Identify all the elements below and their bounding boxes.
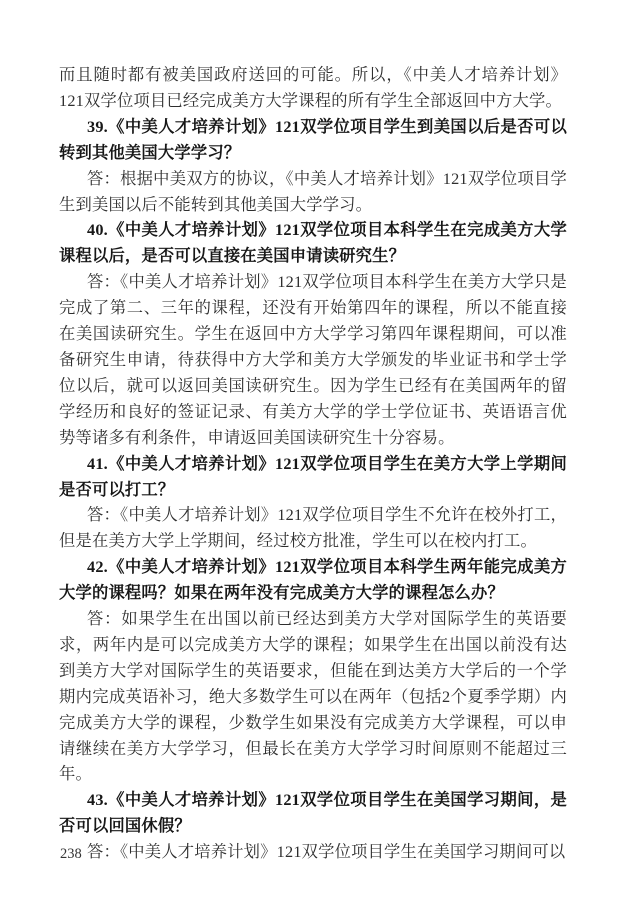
answer-43-partial: 答：《中美人才培养计划》121双学位项目学生在美国学习期间可以	[59, 839, 567, 865]
question-41: 41.《中美人才培养计划》121双学位项目学生在美方大学上学期间是否可以打工？	[59, 451, 567, 503]
question-42: 42.《中美人才培养计划》121双学位项目本科学生两年能完成美方大学的课程吗？如…	[59, 554, 567, 606]
answer-continuation-paragraph: 而且随时都有被美国政府送回的可能。所以，《中美人才培养计划》121双学位项目已经…	[59, 62, 567, 114]
answer-39: 答：根据中美双方的协议，《中美人才培养计划》121双学位项目学生到美国以后不能转…	[59, 166, 567, 218]
document-body: 而且随时都有被美国政府送回的可能。所以，《中美人才培养计划》121双学位项目已经…	[59, 62, 567, 865]
answer-42: 答：如果学生在出国以前已经达到美方大学对国际学生的英语要求，两年内是可以完成美方…	[59, 606, 567, 787]
page-number: 238	[60, 844, 82, 864]
scanned-document-page: 而且随时都有被美国政府送回的可能。所以，《中美人才培养计划》121双学位项目已经…	[0, 0, 628, 909]
question-39: 39.《中美人才培养计划》121双学位项目学生到美国以后是否可以转到其他美国大学…	[59, 114, 567, 166]
question-43: 43.《中美人才培养计划》121双学位项目学生在美国学习期间，是否可以回国休假？	[59, 787, 567, 839]
answer-41: 答：《中美人才培养计划》121双学位项目学生不允许在校外打工，但是在美方大学上学…	[59, 502, 567, 554]
question-40: 40.《中美人才培养计划》121双学位项目本科学生在完成美方大学课程以后，是否可…	[59, 217, 567, 269]
answer-40: 答：《中美人才培养计划》121双学位项目本科学生在美方大学只是完成了第二、三年的…	[59, 269, 567, 450]
